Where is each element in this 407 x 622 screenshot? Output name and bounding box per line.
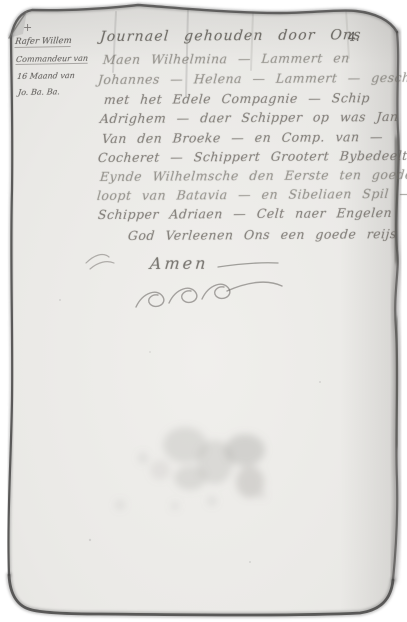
marginalia-line: Rafer Willem	[14, 36, 72, 48]
manuscript-line: Johannes — Helena — Lammert — geschreven	[97, 70, 407, 87]
marginalia-line: 16 Maand van	[17, 71, 76, 81]
manuscript-line: Van den Broeke — en Comp. van —	[101, 129, 383, 146]
manuscript-scan: 4. + Rafer Willem Commandeur van 16 Maan…	[0, 0, 407, 622]
marginalia-line: Jo. Ba. Ba.	[18, 87, 61, 97]
manuscript-line: God Verleenen Ons een goede reijs	[127, 226, 397, 243]
manuscript-line: Maen Wilhelmina — Lammert en	[102, 50, 350, 67]
amen-word: Amen	[149, 254, 209, 273]
margin-cross-mark: +	[23, 21, 32, 34]
manuscript-line: Cocheret — Schippert Grootert Bybedeelt	[97, 148, 407, 165]
manuscript-line: Schipper Adriaen — Celt naer Engelen	[97, 205, 392, 222]
manuscript-line: Journael gehouden door Ons	[99, 27, 362, 45]
marginalia-line: Commandeur van	[15, 54, 88, 65]
manuscript-line: Eynde Wilhelmsche den Eerste ten goede —	[99, 167, 407, 184]
manuscript-line: loopt van Batavia — en Sibeliaen Spil —	[96, 186, 407, 203]
manuscript-line: met het Edele Compagnie — Schip	[103, 90, 370, 107]
manuscript-line: Adrighem — daer Schipper op was Jan	[99, 109, 399, 126]
